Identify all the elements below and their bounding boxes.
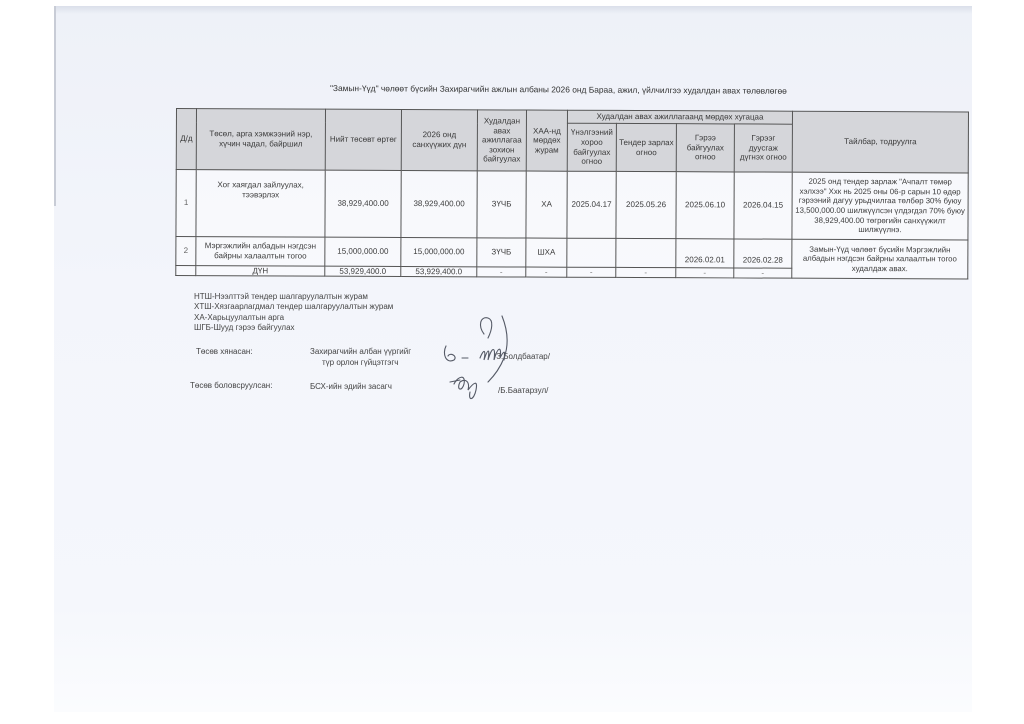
total-cost: 53,929,400.0: [325, 266, 401, 276]
abbreviation-legend: НТШ-Нээлттэй тендер шалгаруулалтын журам…: [194, 292, 393, 333]
total-index: [176, 266, 196, 276]
total-dash: -: [616, 267, 676, 277]
procurement-plan-table-wrap: Д/д Төсөл, арга хэмжээний нэр, хүчин чад…: [175, 108, 969, 279]
row-funding-2026: 15,000,000.00: [401, 237, 477, 266]
header-notes: Тайлбар, тодруулга: [792, 111, 968, 173]
row-index: 2: [176, 237, 196, 266]
legend-item: ХА-Харьцуулалтын арга: [194, 313, 393, 323]
row-organizer: ЗҮЧБ: [477, 171, 526, 238]
signature-position: Захирагчийн албан үүргийг: [310, 347, 411, 357]
header-contract-date: Гэрээ байгуулах огноо: [676, 124, 734, 172]
scan-shadow: [54, 6, 972, 14]
row-tender-date: 2025.05.26: [616, 171, 676, 238]
header-name: Төсөл, арга хэмжээний нэр, хүчин чадал, …: [196, 109, 325, 171]
header-committee-date: Үнэлгээний хороо байгуулах огноо: [567, 123, 616, 171]
total-dash: -: [526, 267, 567, 277]
signature-role: Төсөв хянасан:: [196, 347, 253, 357]
total-dash: -: [567, 267, 616, 277]
total-label: ДҮН: [196, 266, 325, 277]
row-tender-date: [616, 238, 676, 267]
header-organizer: Худалдан авах ажиллагаа зохион байгуулах: [477, 110, 526, 171]
total-dash: -: [734, 268, 792, 278]
row-total-cost: 38,929,400.00: [325, 170, 401, 237]
signature-position-line2: түр орлон гүйцэтгэгч: [322, 358, 398, 368]
header-tender-date: Тендер зарлах огноо: [616, 123, 676, 171]
table-row: 1 Хог хаягдал зайлуулах, тээвэрлэх 38,92…: [176, 170, 968, 240]
header-funding-2026: 2026 онд санхүүжих дүн: [401, 109, 477, 170]
row-total-cost: 15,000,000.00: [325, 237, 401, 266]
legend-item: НТШ-Нээлттэй тендер шалгаруулалтын журам: [194, 292, 393, 302]
row-notes: 2025 онд тендер зарлаж "Ачпалт төмөр хэл…: [792, 172, 968, 240]
table-row: 2 Мэргэжлийн албадын нэгдсэн байрны хала…: [176, 237, 968, 269]
total-dash: -: [477, 267, 526, 277]
row-contract-end-date: 2026.02.28: [734, 239, 792, 268]
row-index: 1: [176, 170, 196, 237]
header-timeline-group: Худалдан авах ажиллагаанд мөрдөх хугацаа: [567, 110, 792, 124]
total-funding-2026: 53,929,400.0: [401, 266, 477, 276]
row-committee-date: [567, 238, 616, 267]
header-procedure: ХАА-нд мөрдөх журам: [526, 110, 567, 171]
signature-role: Төсөв боловсруулсан:: [190, 381, 272, 391]
row-name: Хог хаягдал зайлуулах, тээвэрлэх: [196, 170, 325, 238]
row-contract-date: 2026.02.01: [676, 239, 734, 268]
legend-item: ШГБ-Шууд гэрээ байгуулах: [194, 323, 393, 333]
row-committee-date: 2025.04.17: [567, 171, 616, 238]
row-organizer: ЗҮЧБ: [477, 238, 526, 267]
row-procedure: ШХА: [526, 238, 567, 267]
row-contract-date: 2025.06.10: [676, 172, 734, 239]
legend-item: ХТШ-Хязгаарлагдмал тендер шалгаруулалтын…: [194, 302, 393, 312]
row-name: Мэргэжлийн албадын нэгдсэн байрны халаал…: [196, 237, 325, 267]
scan-edge: [54, 6, 56, 206]
header-index: Д/д: [176, 109, 196, 170]
row-procedure: ХА: [526, 171, 567, 238]
procurement-plan-table: Д/д Төсөл, арга хэмжээний нэр, хүчин чад…: [175, 108, 969, 279]
header-contract-end-date: Гэрээг дуусгаж дүгнэх огноо: [734, 124, 792, 172]
header-total-cost: Нийт төсөвт өртөг: [325, 109, 401, 170]
row-notes: Замын-Үүд чөлөөт бүсийн Мэргэжлийн албад…: [792, 239, 968, 279]
row-contract-end-date: 2026.04.15: [734, 172, 792, 239]
handwritten-signature-icon: [440, 312, 530, 412]
total-dash: -: [676, 268, 734, 278]
signature-position: БСХ-ийн эдийн засагч: [310, 382, 392, 392]
row-funding-2026: 38,929,400.00: [401, 170, 477, 237]
